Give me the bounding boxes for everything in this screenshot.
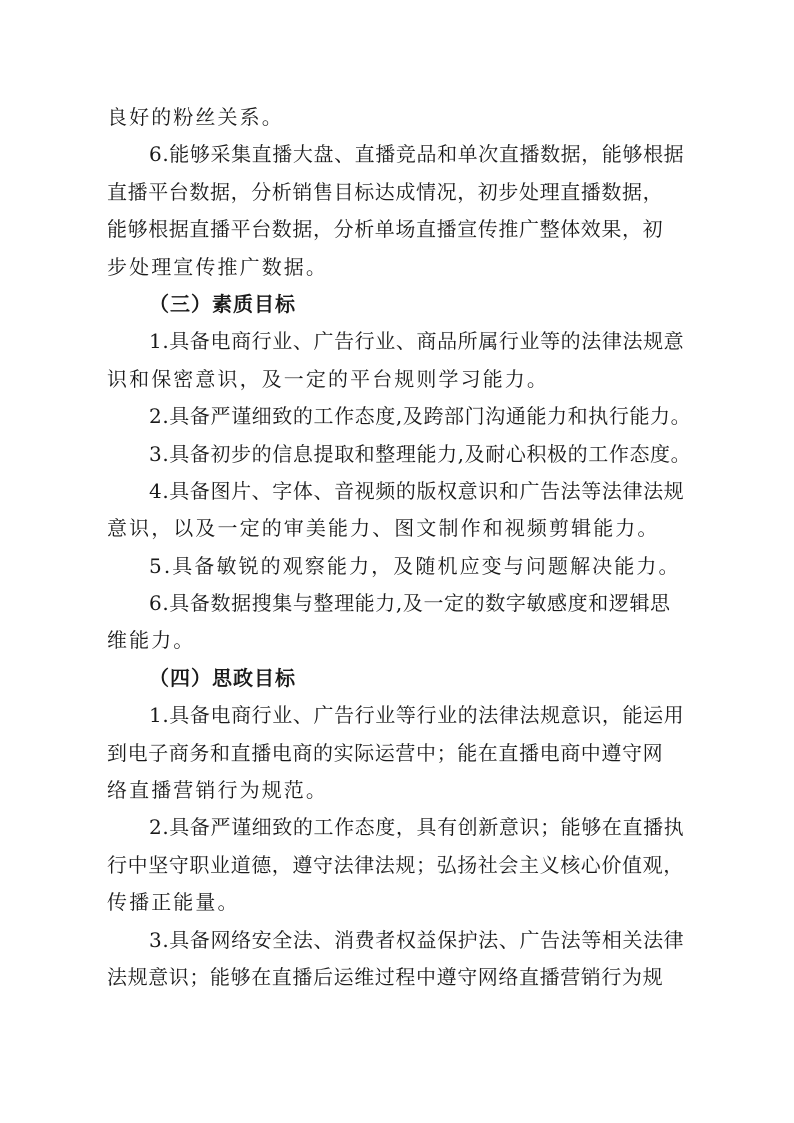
paragraph-line: 能够根据直播平台数据，分析单场直播宣传推广整体效果，初 bbox=[107, 211, 690, 248]
paragraph-line: 良好的粉丝关系。 bbox=[107, 99, 690, 136]
list-item-line: 2.具备严谨细致的工作态度,及跨部门沟通能力和执行能力。 bbox=[107, 398, 690, 435]
paragraph-line: 传播正能量。 bbox=[107, 884, 690, 921]
list-item-line: 6.能够采集直播大盘、直播竞品和单次直播数据，能够根据 bbox=[107, 136, 690, 173]
list-item-line: 3.具备网络安全法、消费者权益保护法、广告法等相关法律 bbox=[107, 922, 690, 959]
paragraph-line: 步处理宣传推广数据。 bbox=[107, 249, 690, 286]
list-item-line: 1.具备电商行业、广告行业、商品所属行业等的法律法规意 bbox=[107, 323, 690, 360]
section-heading-quality-goals: （三）素质目标 bbox=[107, 286, 690, 323]
paragraph-line: 到电子商务和直播电商的实际运营中；能在直播电商中遵守网 bbox=[107, 735, 690, 772]
section-heading-ideological-goals: （四）思政目标 bbox=[107, 660, 690, 697]
list-item-line: 5.具备敏锐的观察能力，及随机应变与问题解决能力。 bbox=[107, 548, 690, 585]
paragraph-line: 维能力。 bbox=[107, 622, 690, 659]
paragraph-line: 络直播营销行为规范。 bbox=[107, 772, 690, 809]
paragraph-line: 行中坚守职业道德，遵守法律法规；弘扬社会主义核心价值观， bbox=[107, 847, 690, 884]
list-item-line: 4.具备图片、字体、音视频的版权意识和广告法等法律法规 bbox=[107, 473, 690, 510]
list-item-line: 3.具备初步的信息提取和整理能力,及耐心积极的工作态度。 bbox=[107, 436, 690, 473]
list-item-line: 1.具备电商行业、广告行业等行业的法律法规意识，能运用 bbox=[107, 697, 690, 734]
list-item-line: 6.具备数据搜集与整理能力,及一定的数字敏感度和逻辑思 bbox=[107, 585, 690, 622]
paragraph-line: 直播平台数据，分析销售目标达成情况，初步处理直播数据， bbox=[107, 174, 690, 211]
paragraph-line: 法规意识；能够在直播后运维过程中遵守网络直播营销行为规 bbox=[107, 959, 690, 996]
document-page: 良好的粉丝关系。 6.能够采集直播大盘、直播竞品和单次直播数据，能够根据 直播平… bbox=[107, 99, 690, 996]
paragraph-line: 识和保密意识，及一定的平台规则学习能力。 bbox=[107, 361, 690, 398]
list-item-line: 2.具备严谨细致的工作态度，具有创新意识；能够在直播执 bbox=[107, 809, 690, 846]
paragraph-line: 意识，以及一定的审美能力、图文制作和视频剪辑能力。 bbox=[107, 510, 690, 547]
